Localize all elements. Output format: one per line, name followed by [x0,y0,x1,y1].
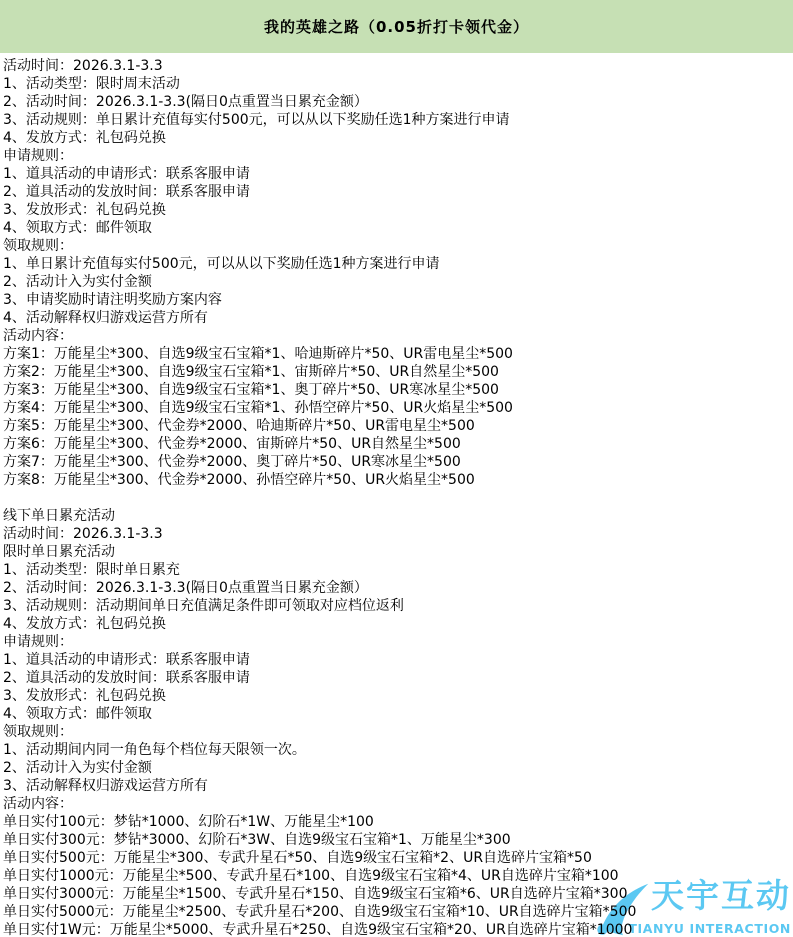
text-line: 方案3：万能星尘*300、自选9级宝石宝箱*1、奥丁碎片*50、UR寒冰星尘*5… [3,381,793,399]
text-line: 2、活动时间：2026.3.1-3.3(隔日0点重置当日累充金额） [3,93,793,111]
text-line: 2、活动时间：2026.3.1-3.3(隔日0点重置当日累充金额） [3,579,793,597]
text-line: 3、活动规则：单日累计充值每实付500元，可以从以下奖励任选1种方案进行申请 [3,111,793,129]
document-body: 活动时间：2026.3.1-3.31、活动类型：限时周末活动2、活动时间：202… [0,53,793,937]
text-line: 1、活动期间内同一角色每个档位每天限领一次。 [3,741,793,759]
text-line: 方案7：万能星尘*300、代金券*2000、奥丁碎片*50、UR寒冰星尘*500 [3,453,793,471]
text-line: 3、活动解释权归游戏运营方所有 [3,777,793,795]
text-line: 2、道具活动的发放时间：联系客服申请 [3,183,793,201]
text-line: 活动时间：2026.3.1-3.3 [3,57,793,75]
text-line: 领取规则： [3,237,793,255]
text-line: 4、发放方式：礼包码兑换 [3,129,793,147]
text-line: 方案4：万能星尘*300、自选9级宝石宝箱*1、孙悟空碎片*50、UR火焰星尘*… [3,399,793,417]
text-line: 申请规则： [3,147,793,165]
text-line [3,489,793,507]
text-line: 单日实付3000元：万能星尘*1500、专武升星石*150、自选9级宝石宝箱*6… [3,885,793,903]
text-line: 1、道具活动的申请形式：联系客服申请 [3,165,793,183]
text-line: 1、道具活动的申请形式：联系客服申请 [3,651,793,669]
text-line: 限时单日累充活动 [3,543,793,561]
text-line: 2、活动计入为实付金额 [3,273,793,291]
text-line: 3、发放形式：礼包码兑换 [3,687,793,705]
text-line: 方案1：万能星尘*300、自选9级宝石宝箱*1、哈迪斯碎片*50、UR雷电星尘*… [3,345,793,363]
text-line: 4、领取方式：邮件领取 [3,705,793,723]
text-line: 1、单日累计充值每实付500元，可以从以下奖励任选1种方案进行申请 [3,255,793,273]
text-line: 方案5：万能星尘*300、代金券*2000、哈迪斯碎片*50、UR雷电星尘*50… [3,417,793,435]
text-line: 方案2：万能星尘*300、自选9级宝石宝箱*1、宙斯碎片*50、UR自然星尘*5… [3,363,793,381]
text-line: 单日实付1W元：万能星尘*5000、专武升星石*250、自选9级宝石宝箱*20、… [3,921,793,937]
text-line: 申请规则： [3,633,793,651]
text-line: 线下单日累充活动 [3,507,793,525]
text-line: 单日实付100元：梦钻*1000、幻阶石*1W、万能星尘*100 [3,813,793,831]
text-line: 4、发放方式：礼包码兑换 [3,615,793,633]
text-line: 2、活动计入为实付金额 [3,759,793,777]
text-line: 单日实付5000元：万能星尘*2500、专武升星石*200、自选9级宝石宝箱*1… [3,903,793,921]
text-line: 活动时间：2026.3.1-3.3 [3,525,793,543]
text-line: 3、活动规则：活动期间单日充值满足条件即可领取对应档位返利 [3,597,793,615]
text-line: 单日实付1000元：万能星尘*500、专武升星石*100、自选9级宝石宝箱*4、… [3,867,793,885]
text-line: 活动内容： [3,795,793,813]
text-line: 领取规则： [3,723,793,741]
text-line: 2、道具活动的发放时间：联系客服申请 [3,669,793,687]
page: 我的英雄之路（0.05折打卡领代金） 活动时间：2026.3.1-3.31、活动… [0,0,793,937]
text-line: 方案8：万能星尘*300、代金券*2000、孙悟空碎片*50、UR火焰星尘*50… [3,471,793,489]
text-line: 1、活动类型：限时单日累充 [3,561,793,579]
page-title: 我的英雄之路（0.05折打卡领代金） [264,16,529,37]
text-line: 单日实付500元：万能星尘*300、专武升星石*50、自选9级宝石宝箱*2、UR… [3,849,793,867]
text-line: 3、申请奖励时请注明奖励方案内容 [3,291,793,309]
text-line: 活动内容： [3,327,793,345]
text-line: 4、活动解释权归游戏运营方所有 [3,309,793,327]
header-bar: 我的英雄之路（0.05折打卡领代金） [0,0,793,53]
text-line: 单日实付300元：梦钻*3000、幻阶石*3W、自选9级宝石宝箱*1、万能星尘*… [3,831,793,849]
text-line: 4、领取方式：邮件领取 [3,219,793,237]
text-line: 1、活动类型：限时周末活动 [3,75,793,93]
text-line: 方案6：万能星尘*300、代金券*2000、宙斯碎片*50、UR自然星尘*500 [3,435,793,453]
text-line: 3、发放形式：礼包码兑换 [3,201,793,219]
